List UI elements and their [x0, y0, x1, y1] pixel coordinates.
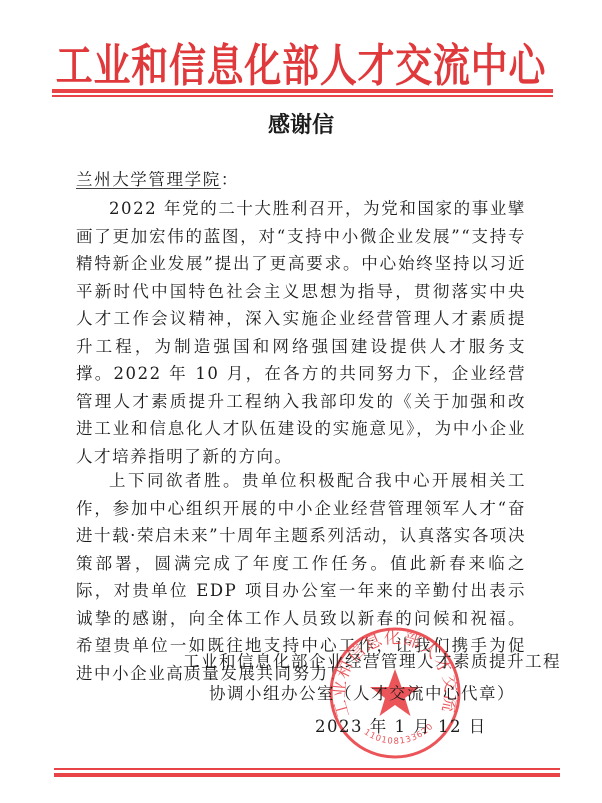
- letterhead-title: 工业和信息化部人才交流中心: [54, 40, 548, 92]
- letterhead-rule-thin: [52, 95, 553, 97]
- salutation-colon: ：: [221, 170, 239, 189]
- recipient-name: 兰州大学管理学院: [76, 170, 221, 189]
- signature-date: 2023 年 1 月 12 日: [315, 716, 487, 738]
- letterhead-rule-thick: [52, 89, 553, 93]
- signature-line-1: 工业和信息化部企业经营管理人才素质提升工程: [183, 651, 561, 673]
- document-title: 感谢信: [0, 110, 602, 140]
- footer-rule-thin: [54, 768, 560, 770]
- footer-rule-thick: [54, 773, 560, 777]
- signature-line-2: 协调小组办公室（人才交流中心代章）: [209, 683, 515, 705]
- salutation: 兰州大学管理学院：: [76, 169, 239, 191]
- body-paragraph-1: 2022 年党的二十大胜利召开，为党和国家的事业擘画了更加宏伟的蓝图，对“支持中…: [76, 195, 526, 470]
